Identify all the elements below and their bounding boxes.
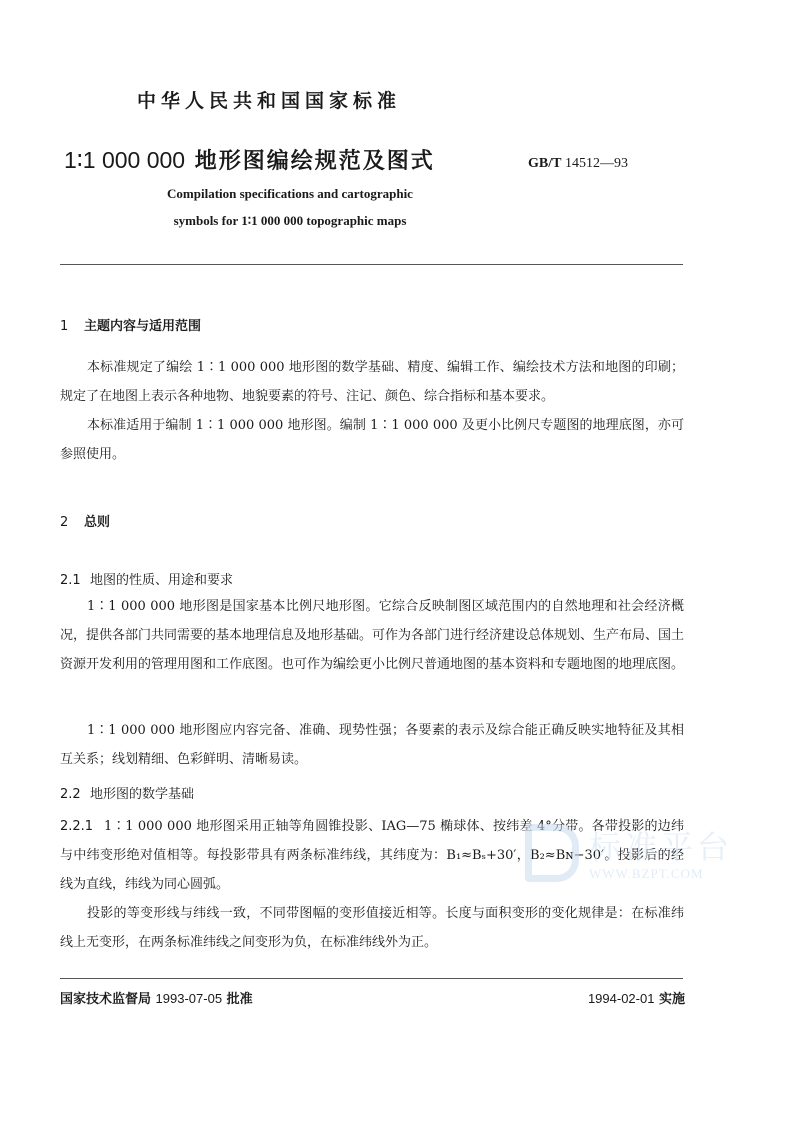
- section-number: 1: [60, 319, 84, 334]
- section-1-heading: 1主题内容与适用范围: [60, 315, 201, 334]
- clause-2-2-1: 2.2.11∶1 000 000 地形图采用正轴等角圆锥投影、IAG—75 椭球…: [60, 812, 684, 899]
- english-title-line-1: Compilation specifications and cartograp…: [140, 186, 440, 202]
- standard-code: 14512—93: [565, 156, 628, 171]
- header-divider: [60, 264, 683, 265]
- subsection-number: 2.1: [60, 573, 90, 588]
- standard-prefix: GB/T: [528, 156, 561, 171]
- approval-date: 1993-07-05: [156, 991, 223, 1006]
- effective-info: 1994-02-01 实施: [588, 988, 685, 1007]
- approval-info: 国家技术监督局 1993-07-05 批准: [60, 988, 253, 1007]
- section-1-paragraph-1: 本标准规定了编绘 1∶1 000 000 地形图的数学基础、精度、编辑工作、编绘…: [60, 353, 684, 411]
- formula-2: B₂≈Bɴ−30′: [530, 848, 604, 863]
- subsection-2-1-paragraph-2: 1∶1 000 000 地形图应内容完备、准确、现势性强；各要素的表示及综合能正…: [60, 716, 684, 774]
- english-title-line-2: symbols for 1∶1 000 000 topographic maps: [140, 213, 440, 229]
- approval-label: 批准: [227, 992, 253, 1007]
- subsection-number: 2.2: [60, 787, 90, 802]
- subsection-title: 地图的性质、用途和要求: [90, 573, 233, 588]
- effective-date: 1994-02-01: [588, 991, 655, 1006]
- effective-label: 实施: [659, 992, 685, 1007]
- section-title: 主题内容与适用范围: [84, 319, 201, 334]
- subsection-2-2-paragraph: 投影的等变形线与纬线一致，不同带图幅的变形值接近相等。长度与面积变形的变化规律是…: [60, 899, 684, 957]
- section-2-heading: 2总则: [60, 511, 110, 530]
- subsection-title: 地形图的数学基础: [90, 787, 194, 802]
- subsection-2-2-heading: 2.2地形图的数学基础: [60, 783, 194, 802]
- standard-number: GB/T 14512—93: [528, 156, 628, 172]
- formula-1: B₁≈Bₛ+30′: [446, 848, 516, 863]
- footer-divider: [60, 978, 683, 979]
- country-standard-heading: 中华人民共和国国家标准: [0, 86, 538, 113]
- section-1-paragraph-2: 本标准适用于编制 1∶1 000 000 地形图。编制 1∶1 000 000 …: [60, 411, 684, 469]
- title-scale: 1∶1 000 000: [64, 147, 185, 173]
- subsection-2-1-paragraph-1: 1∶1 000 000 地形图是国家基本比例尺地形图。它综合反映制图区域范围内的…: [60, 592, 684, 679]
- issuer: 国家技术监督局: [60, 992, 151, 1007]
- title-text: 地形图编绘规范及图式: [195, 149, 435, 174]
- clause-number: 2.2.1: [60, 812, 104, 841]
- section-title: 总则: [84, 515, 110, 530]
- subsection-2-1-heading: 2.1地图的性质、用途和要求: [60, 569, 233, 588]
- document-title: 1∶1 000 000 地形图编绘规范及图式: [64, 144, 435, 175]
- section-number: 2: [60, 515, 84, 530]
